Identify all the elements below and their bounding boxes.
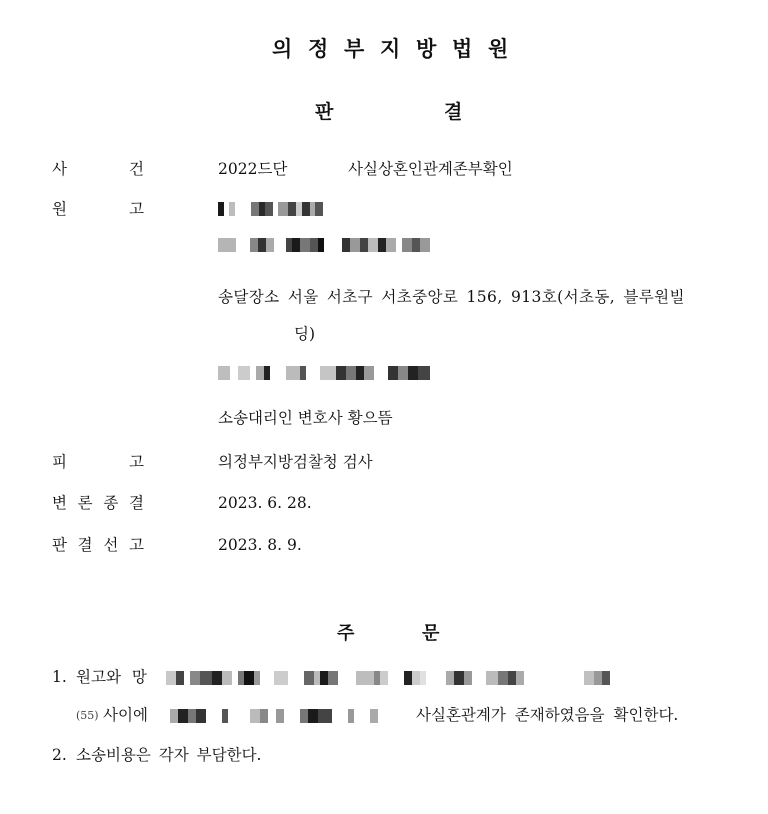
label-char: 고: [129, 199, 144, 219]
label-char: 피: [52, 452, 67, 472]
case-number: 2022드단: [218, 159, 287, 179]
label-char: 결: [78, 535, 93, 555]
hearing-closed-label: 변 론 종 결: [52, 493, 144, 513]
label-char: 결: [129, 493, 144, 513]
defendant-label: 피 고: [52, 452, 144, 472]
label-char: 론: [78, 493, 93, 513]
order-2-number: 2.: [52, 745, 67, 765]
label-char: 고: [129, 535, 144, 555]
order-2-text: 소송비용은 각자 부담한다.: [76, 745, 262, 765]
label-char: 선: [103, 535, 118, 555]
order-1-small-text: (55): [76, 709, 99, 722]
case-label: 사 건: [52, 159, 144, 179]
order-heading-char: 주: [337, 619, 354, 645]
court-name-char: 지: [380, 33, 416, 63]
case-name: 사실상혼인관계존부확인: [348, 159, 513, 179]
label-char: 원: [52, 199, 67, 219]
order-1-redacted: [166, 671, 694, 685]
plaintiff-attorney: 소송대리인 변호사 황으뜸: [218, 408, 393, 428]
court-name-char: 원: [488, 33, 524, 63]
plaintiff-extra-redacted: [218, 366, 494, 380]
order-heading-char: 문: [422, 619, 439, 645]
document-type-char: 결: [444, 97, 462, 124]
plaintiff-label: 원 고: [52, 199, 144, 219]
order-1-redacted-2: [170, 709, 402, 723]
judgment-date-label: 판 결 선 고: [52, 535, 144, 555]
label-char: 고: [129, 452, 144, 472]
label-char: 종: [103, 493, 118, 513]
plaintiff-address-redacted: [218, 238, 522, 252]
court-name-char: 방: [416, 33, 452, 63]
order-1-prefix: 원고와 망: [76, 667, 147, 687]
plaintiff-name-redacted: [218, 202, 370, 216]
judgment-date: 2023. 8. 9.: [218, 535, 302, 555]
document-type-char: 판: [315, 97, 333, 124]
court-name-char: 정: [308, 33, 344, 63]
label-char: 사: [52, 159, 67, 179]
court-name-char: 의: [272, 33, 308, 63]
order-1-suffix: 사실혼관계가 존재하였음을 확인한다.: [416, 705, 678, 725]
service-address-continued: 딩): [294, 324, 315, 344]
order-1-number: 1.: [52, 667, 67, 687]
court-name: 의정부지방법원: [272, 33, 524, 63]
defendant-value: 의정부지방검찰청 검사: [218, 452, 373, 472]
court-name-char: 법: [452, 33, 488, 63]
label-char: 변: [52, 493, 67, 513]
label-char: 건: [129, 159, 144, 179]
label-char: 판: [52, 535, 67, 555]
service-address: 송달장소 서울 서초구 서초중앙로 156, 913호(서초동, 블루원빌: [218, 287, 685, 307]
court-name-char: 부: [344, 33, 380, 63]
hearing-closed-date: 2023. 6. 28.: [218, 493, 312, 513]
order-1-mid-text: 사이에: [103, 705, 148, 725]
